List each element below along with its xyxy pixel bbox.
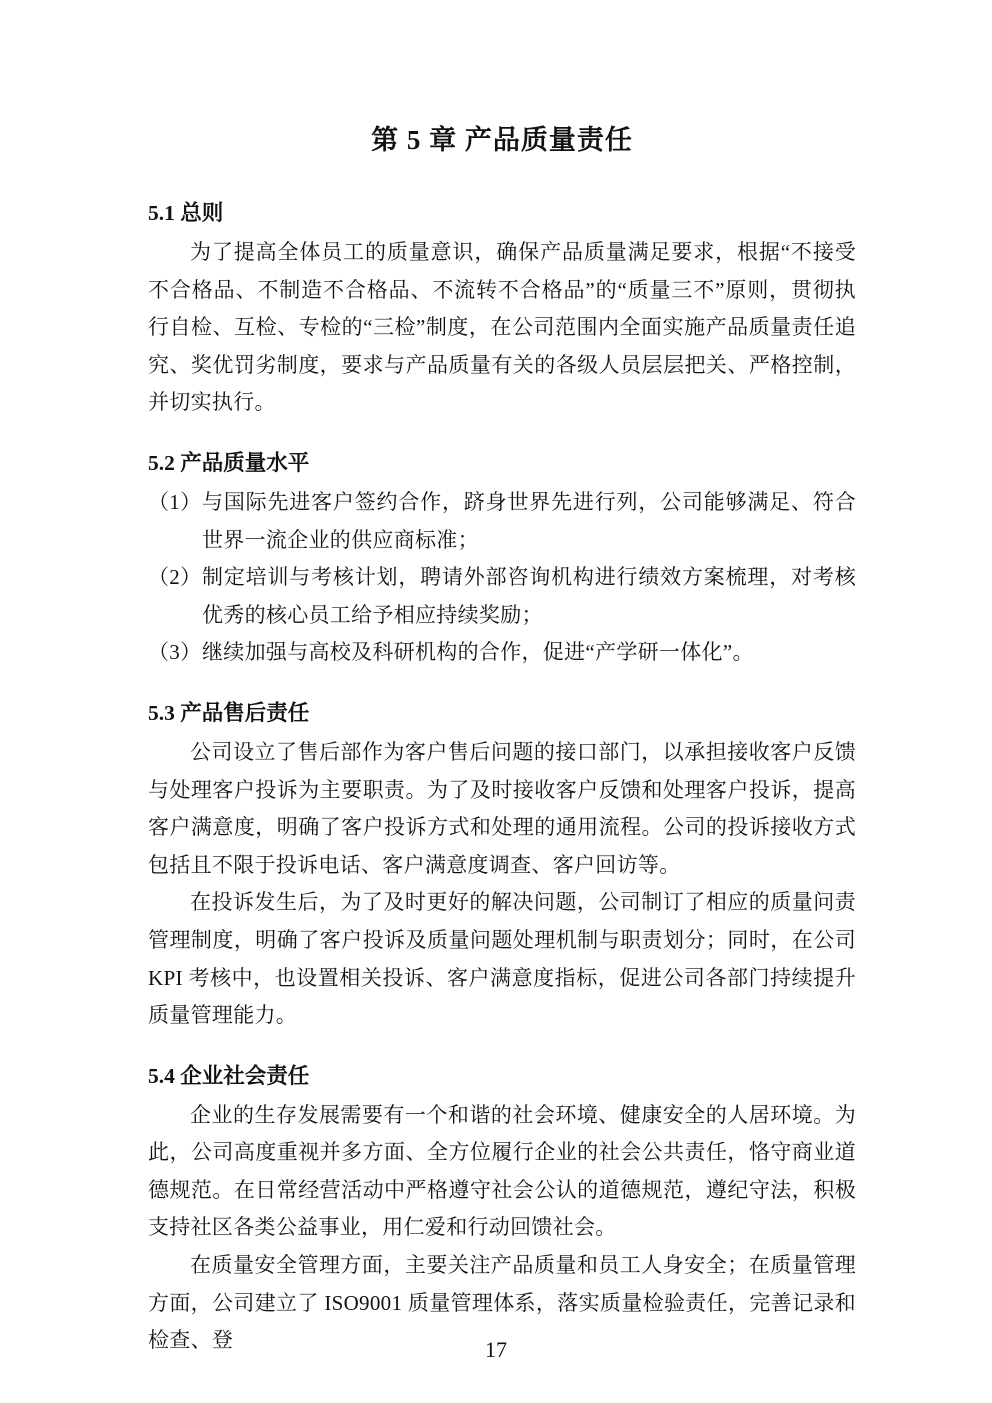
list-text: 制定培训与考核计划，聘请外部咨询机构进行绩效方案梳理，对考核优秀的核心员工给予相… xyxy=(202,559,856,634)
list-item: （3） 继续加强与高校及科研机构的合作，促进“产学研一体化”。 xyxy=(148,634,856,672)
body-paragraph: 在投诉发生后，为了及时更好的解决问题，公司制订了相应的质量问责管理制度，明确了客… xyxy=(148,884,856,1034)
page-content: 第 5 章 产品质量责任 5.1 总则 为了提高全体员工的质量意识，确保产品质量… xyxy=(148,120,856,1360)
section-number: 5.3 xyxy=(148,701,175,725)
section-heading: 5.3 产品售后责任 xyxy=(148,696,856,730)
section-title: 企业社会责任 xyxy=(180,1064,309,1088)
section-5-3: 5.3 产品售后责任 公司设立了售后部作为客户售后问题的接口部门，以承担接收客户… xyxy=(148,696,856,1035)
document-page: 第 5 章 产品质量责任 5.1 总则 为了提高全体员工的质量意识，确保产品质量… xyxy=(0,0,992,1403)
section-number: 5.1 xyxy=(148,201,175,225)
chapter-title: 第 5 章 产品质量责任 xyxy=(148,120,856,160)
body-paragraph: 公司设立了售后部作为客户售后问题的接口部门，以承担接收客户反馈与处理客户投诉为主… xyxy=(148,734,856,884)
section-heading: 5.2 产品质量水平 xyxy=(148,446,856,480)
section-title: 产品质量水平 xyxy=(180,451,309,475)
section-heading: 5.4 企业社会责任 xyxy=(148,1059,856,1093)
section-number: 5.2 xyxy=(148,451,175,475)
section-5-2: 5.2 产品质量水平 （1） 与国际先进客户签约合作，跻身世界先进行列，公司能够… xyxy=(148,446,856,672)
body-paragraph: 企业的生存发展需要有一个和谐的社会环境、健康安全的人居环境。为此，公司高度重视并… xyxy=(148,1097,856,1247)
list-item: （1） 与国际先进客户签约合作，跻身世界先进行列，公司能够满足、符合世界一流企业… xyxy=(148,484,856,559)
section-number: 5.4 xyxy=(148,1064,175,1088)
section-heading: 5.1 总则 xyxy=(148,196,856,230)
list-text: 与国际先进客户签约合作，跻身世界先进行列，公司能够满足、符合世界一流企业的供应商… xyxy=(202,484,856,559)
section-title: 产品售后责任 xyxy=(180,701,309,725)
page-number: 17 xyxy=(0,1335,992,1365)
list-text: 继续加强与高校及科研机构的合作，促进“产学研一体化”。 xyxy=(202,634,856,672)
list-item: （2） 制定培训与考核计划，聘请外部咨询机构进行绩效方案梳理，对考核优秀的核心员… xyxy=(148,559,856,634)
section-5-4: 5.4 企业社会责任 企业的生存发展需要有一个和谐的社会环境、健康安全的人居环境… xyxy=(148,1059,856,1360)
section-title: 总则 xyxy=(180,201,223,225)
section-5-1: 5.1 总则 为了提高全体员工的质量意识，确保产品质量满足要求，根据“不接受不合… xyxy=(148,196,856,422)
list-marker: （3） xyxy=(148,634,202,672)
list-marker: （2） xyxy=(148,559,202,634)
list-marker: （1） xyxy=(148,484,202,559)
body-paragraph: 为了提高全体员工的质量意识，确保产品质量满足要求，根据“不接受不合格品、不制造不… xyxy=(148,234,856,422)
